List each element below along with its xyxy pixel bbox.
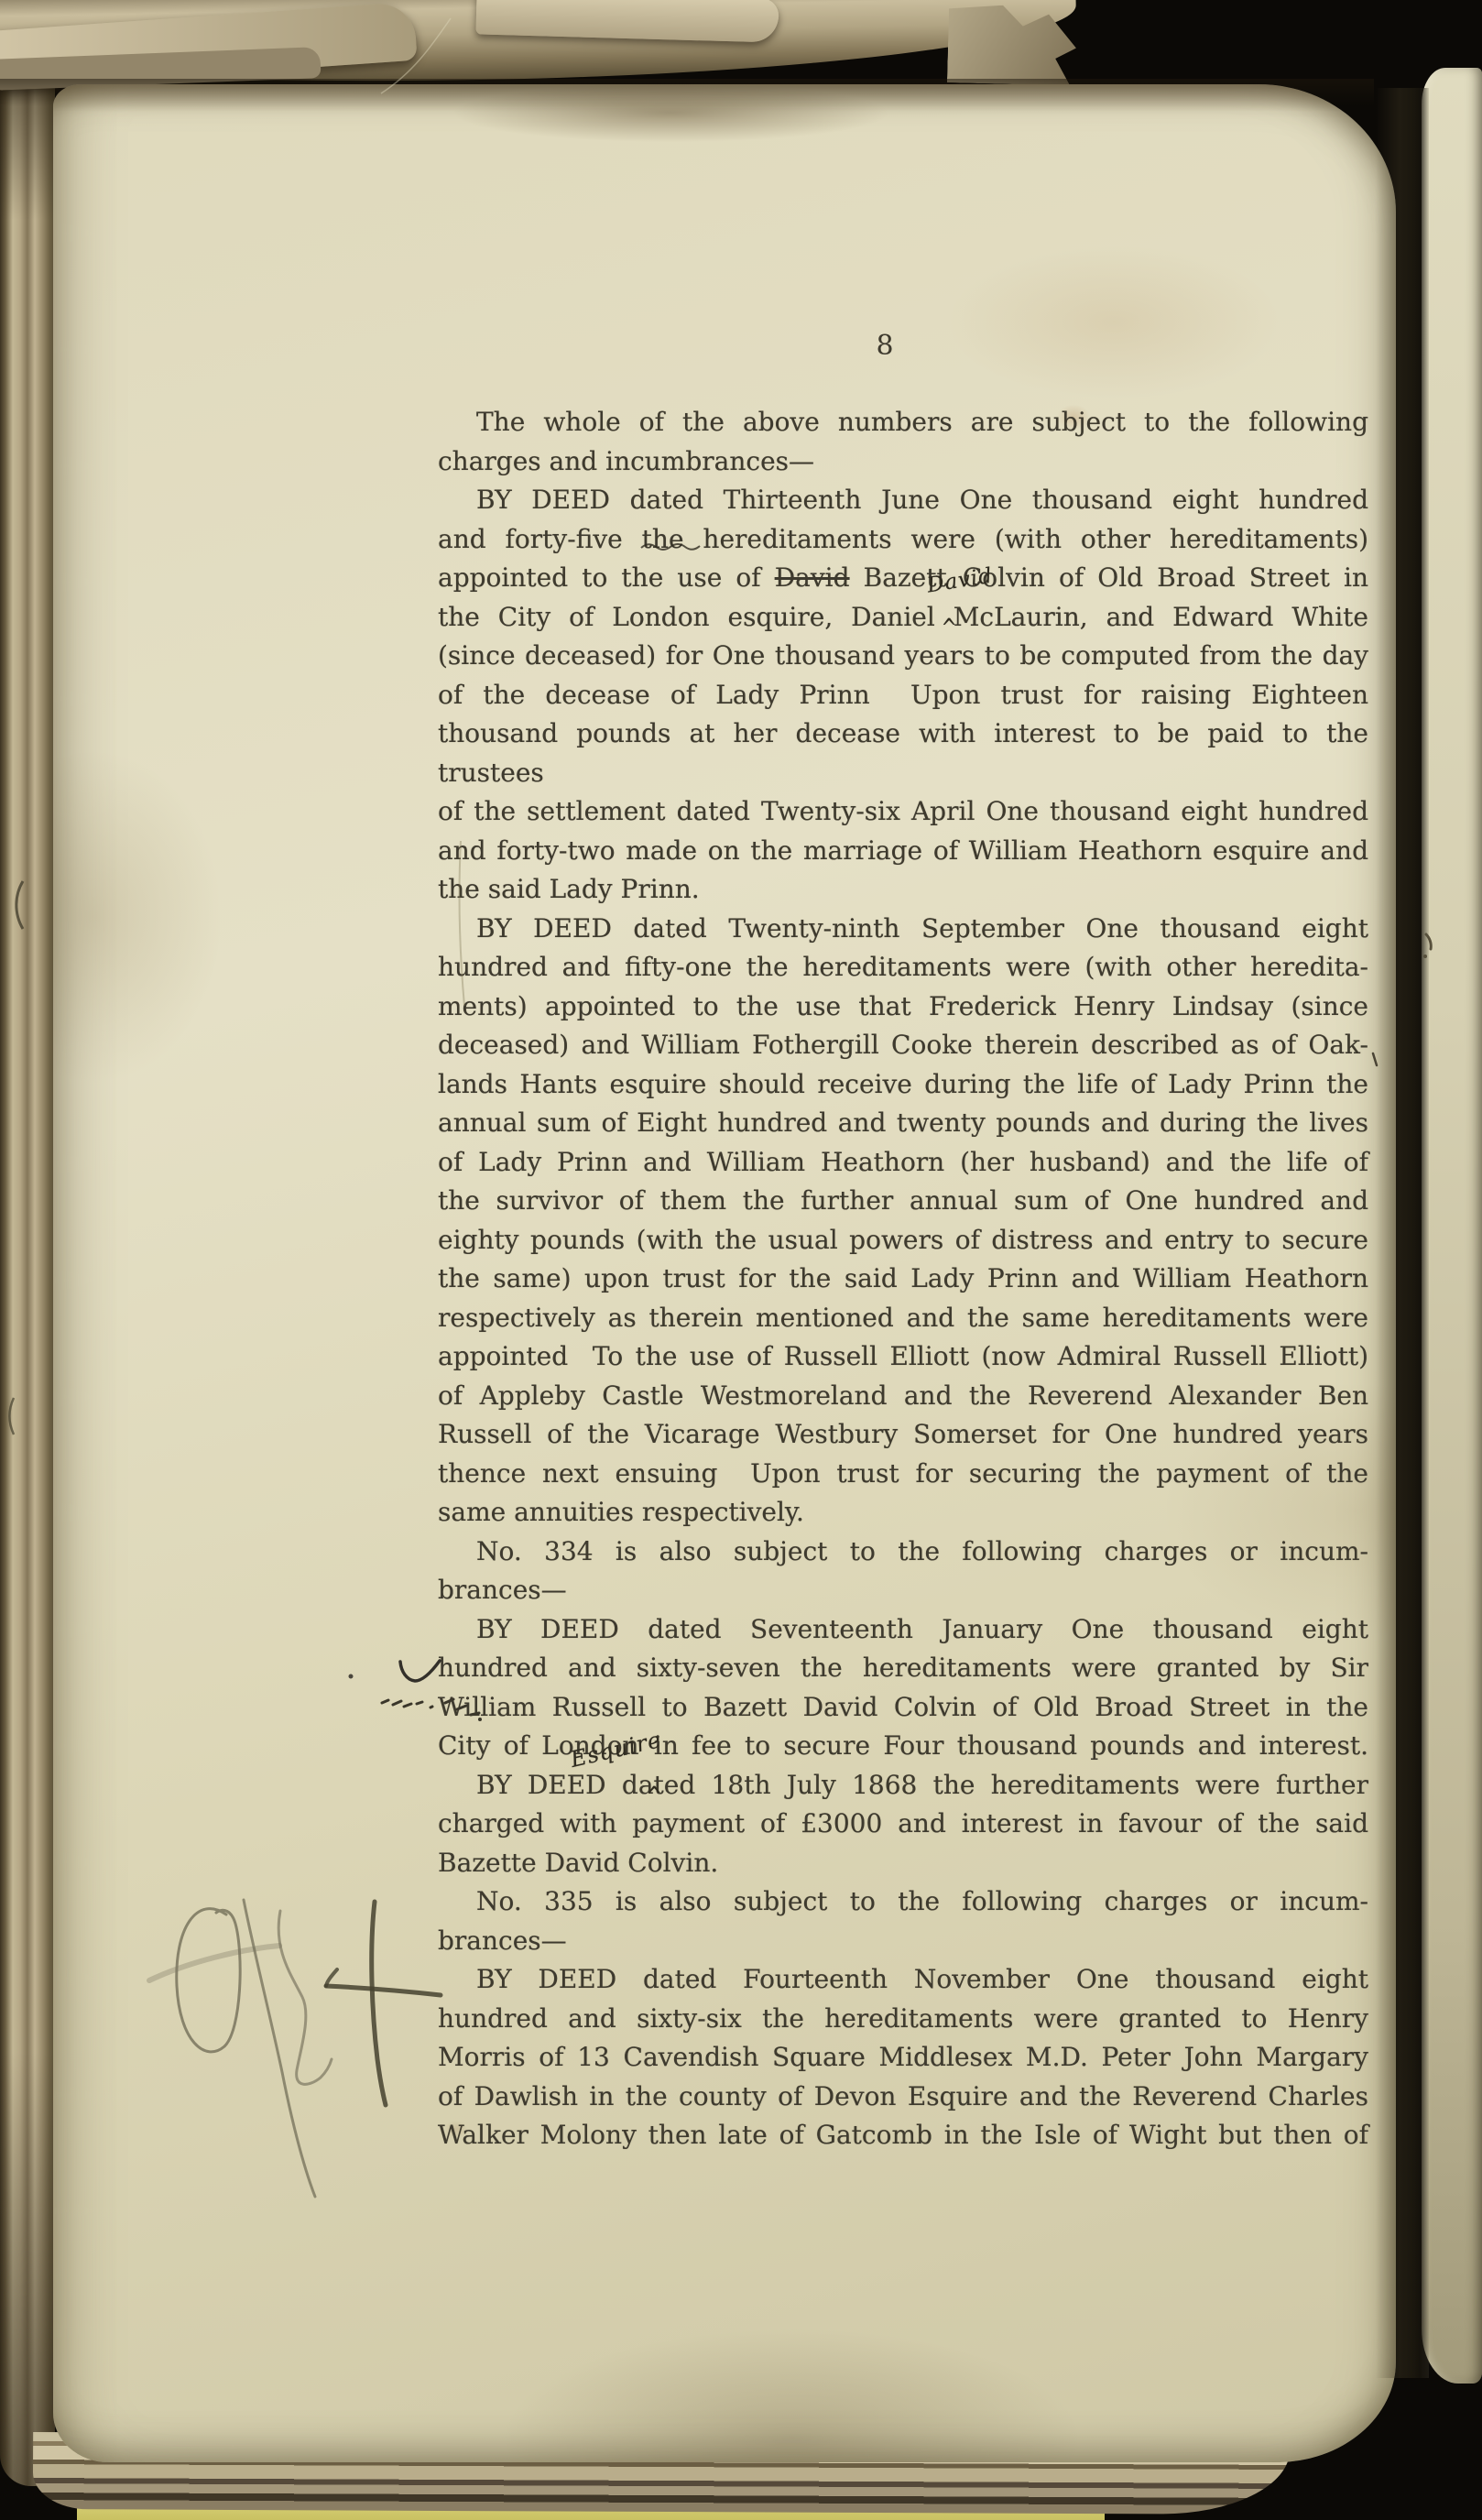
- text-line: BY DEED dated Thirteenth June One thousa…: [438, 481, 1368, 520]
- text-line: BY DEED dated Seventeenth January One th…: [438, 1610, 1368, 1650]
- page-gutter-shadow: [1376, 88, 1429, 2378]
- text-line: annual sum of Eight hundred and twenty p…: [438, 1104, 1368, 1143]
- text-line: and forty-five the hereditaments were (w…: [438, 520, 1368, 560]
- text-line: brances—: [438, 1571, 1368, 1610]
- line-text: in fee to secure Four thousand pounds an…: [654, 1730, 1368, 1761]
- text-line: Walker Molony then late of Gatcomb in th…: [438, 2116, 1368, 2155]
- text-line: (since deceased) for One thousand years …: [438, 637, 1368, 676]
- insertion-caret-icon: ^: [942, 603, 957, 653]
- text-line: eighty pounds (with the usual powers of …: [438, 1221, 1368, 1260]
- text-line-with-insertion: appointed to the use of David BazettDavi…: [438, 559, 1368, 598]
- text-line: The whole of the above numbers are subje…: [438, 403, 1368, 442]
- text-line: lands Hants esquire should receive durin…: [438, 1065, 1368, 1105]
- text-line: hundred and fifty-one the hereditaments …: [438, 948, 1368, 987]
- text-line: and forty-two made on the marriage of Wi…: [438, 832, 1368, 871]
- text-line: of Lady Prinn and William Heathorn (her …: [438, 1143, 1368, 1183]
- scanned-book-photo: 8 The whole of the above numbers are sub…: [0, 0, 1482, 2520]
- text-line: Morris of 13 Cavendish Square Middlesex …: [438, 2038, 1368, 2078]
- text-line: of the settlement dated Twenty-six April…: [438, 792, 1368, 832]
- text-line: appointed To the use of Russell Elliott …: [438, 1337, 1368, 1377]
- text-line: of Dawlish in the county of Devon Esquir…: [438, 2078, 1368, 2117]
- text-line: Russell of the Vicarage Westbury Somerse…: [438, 1415, 1368, 1455]
- text-line: charges and incumbrances—: [438, 442, 1368, 482]
- text-line: the same) upon trust for the said Lady P…: [438, 1260, 1368, 1299]
- text-line: the City of London esquire, Daniel McLau…: [438, 598, 1368, 638]
- text-line: thence next ensuing Upon trust for secur…: [438, 1455, 1368, 1494]
- line-text: appointed to the use of: [438, 562, 775, 593]
- text-line: ments) appointed to the use that Frederi…: [438, 987, 1368, 1027]
- text-line: charged with payment of £3000 and intere…: [438, 1805, 1368, 1844]
- line-text: Colvin of Old Broad Street in: [949, 562, 1368, 593]
- text-line: hundred and sixty-six the hereditaments …: [438, 2000, 1368, 2039]
- text-line-with-insertion: City of London Esquire^in fee to secure …: [438, 1727, 1368, 1766]
- adjacent-page-edge: [1422, 68, 1482, 2384]
- text-line: BY DEED dated Fourteenth November One th…: [438, 1960, 1368, 2000]
- struck-word-david: David: [775, 562, 850, 593]
- text-line: the survivor of them the further annual …: [438, 1182, 1368, 1221]
- text-line: same annuities respectively.: [438, 1493, 1368, 1533]
- text-line: brances—: [438, 1922, 1368, 1961]
- book-left-page-edges: [0, 73, 55, 2486]
- text-line: the said Lady Prinn.: [438, 870, 1368, 910]
- text-line: Bazette David Colvin.: [438, 1844, 1368, 1883]
- text-line: William Russell to Bazett David Colvin o…: [438, 1688, 1368, 1728]
- text-line: thousand pounds at her decease with inte…: [438, 715, 1368, 792]
- text-line: of Appleby Castle Westmoreland and the R…: [438, 1377, 1368, 1416]
- body-text: The whole of the above numbers are subje…: [438, 403, 1368, 2155]
- insertion-caret-icon: ^: [647, 1771, 662, 1821]
- text-line: BY DEED dated Twenty-ninth September One…: [438, 910, 1368, 949]
- text-line: hundred and sixty-seven the hereditament…: [438, 1649, 1368, 1688]
- text-line: No. 334 is also subject to the following…: [438, 1533, 1368, 1572]
- page-number: 8: [420, 330, 1350, 362]
- text-line: of the decease of Lady Prinn Upon trust …: [438, 676, 1368, 715]
- text-line: respectively as therein mentioned and th…: [438, 1299, 1368, 1338]
- text-line: No. 335 is also subject to the following…: [438, 1882, 1368, 1922]
- text-line: deceased) and William Fothergill Cooke t…: [438, 1026, 1368, 1065]
